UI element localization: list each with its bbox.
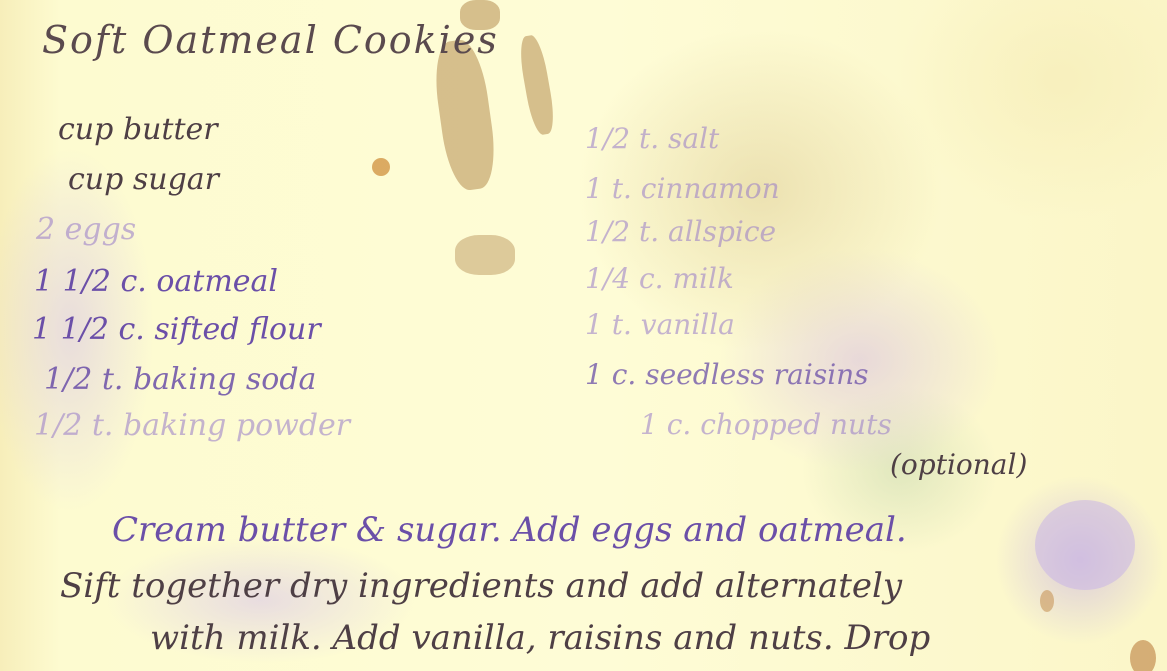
recipe-card: Soft Oatmeal Cookies cup butter cup suga… [0, 0, 1167, 671]
ingredient-left-6: 1/2 t. baking soda [44, 362, 316, 397]
coffee-drop [1130, 640, 1156, 671]
ink-bleed [1035, 500, 1135, 590]
ingredient-right-6: 1 c. seedless raisins [585, 358, 869, 391]
ingredient-left-2: cup sugar [68, 162, 219, 197]
directions-line-3: with milk. Add vanilla, raisins and nuts… [150, 618, 930, 658]
coffee-drop [1040, 590, 1054, 612]
ingredient-left-3: 2 eggs [36, 212, 136, 247]
ingredient-left-5: 1 1/2 c. sifted flour [32, 312, 321, 347]
ingredient-right-3: 1/2 t. allspice [585, 215, 776, 248]
coffee-stain [516, 34, 557, 137]
ingredient-left-7: 1/2 t. baking powder [34, 408, 350, 443]
ingredient-left-1: cup butter [58, 112, 218, 147]
ingredient-right-7: 1 c. chopped nuts [640, 408, 892, 441]
directions-line-1: Cream butter & sugar. Add eggs and oatme… [112, 510, 907, 550]
ingredient-left-4: 1 1/2 c. oatmeal [34, 264, 278, 299]
coffee-stain [455, 235, 515, 275]
ingredient-right-5: 1 t. vanilla [585, 308, 735, 341]
ingredient-right-2: 1 t. cinnamon [585, 172, 780, 205]
ingredient-right-4: 1/4 c. milk [585, 262, 734, 295]
coffee-drop [372, 158, 390, 176]
ingredient-right-8: (optional) [890, 448, 1027, 481]
directions-line-2: Sift together dry ingredients and add al… [60, 566, 902, 606]
ingredient-right-1: 1/2 t. salt [585, 122, 719, 155]
recipe-title: Soft Oatmeal Cookies [42, 18, 499, 62]
